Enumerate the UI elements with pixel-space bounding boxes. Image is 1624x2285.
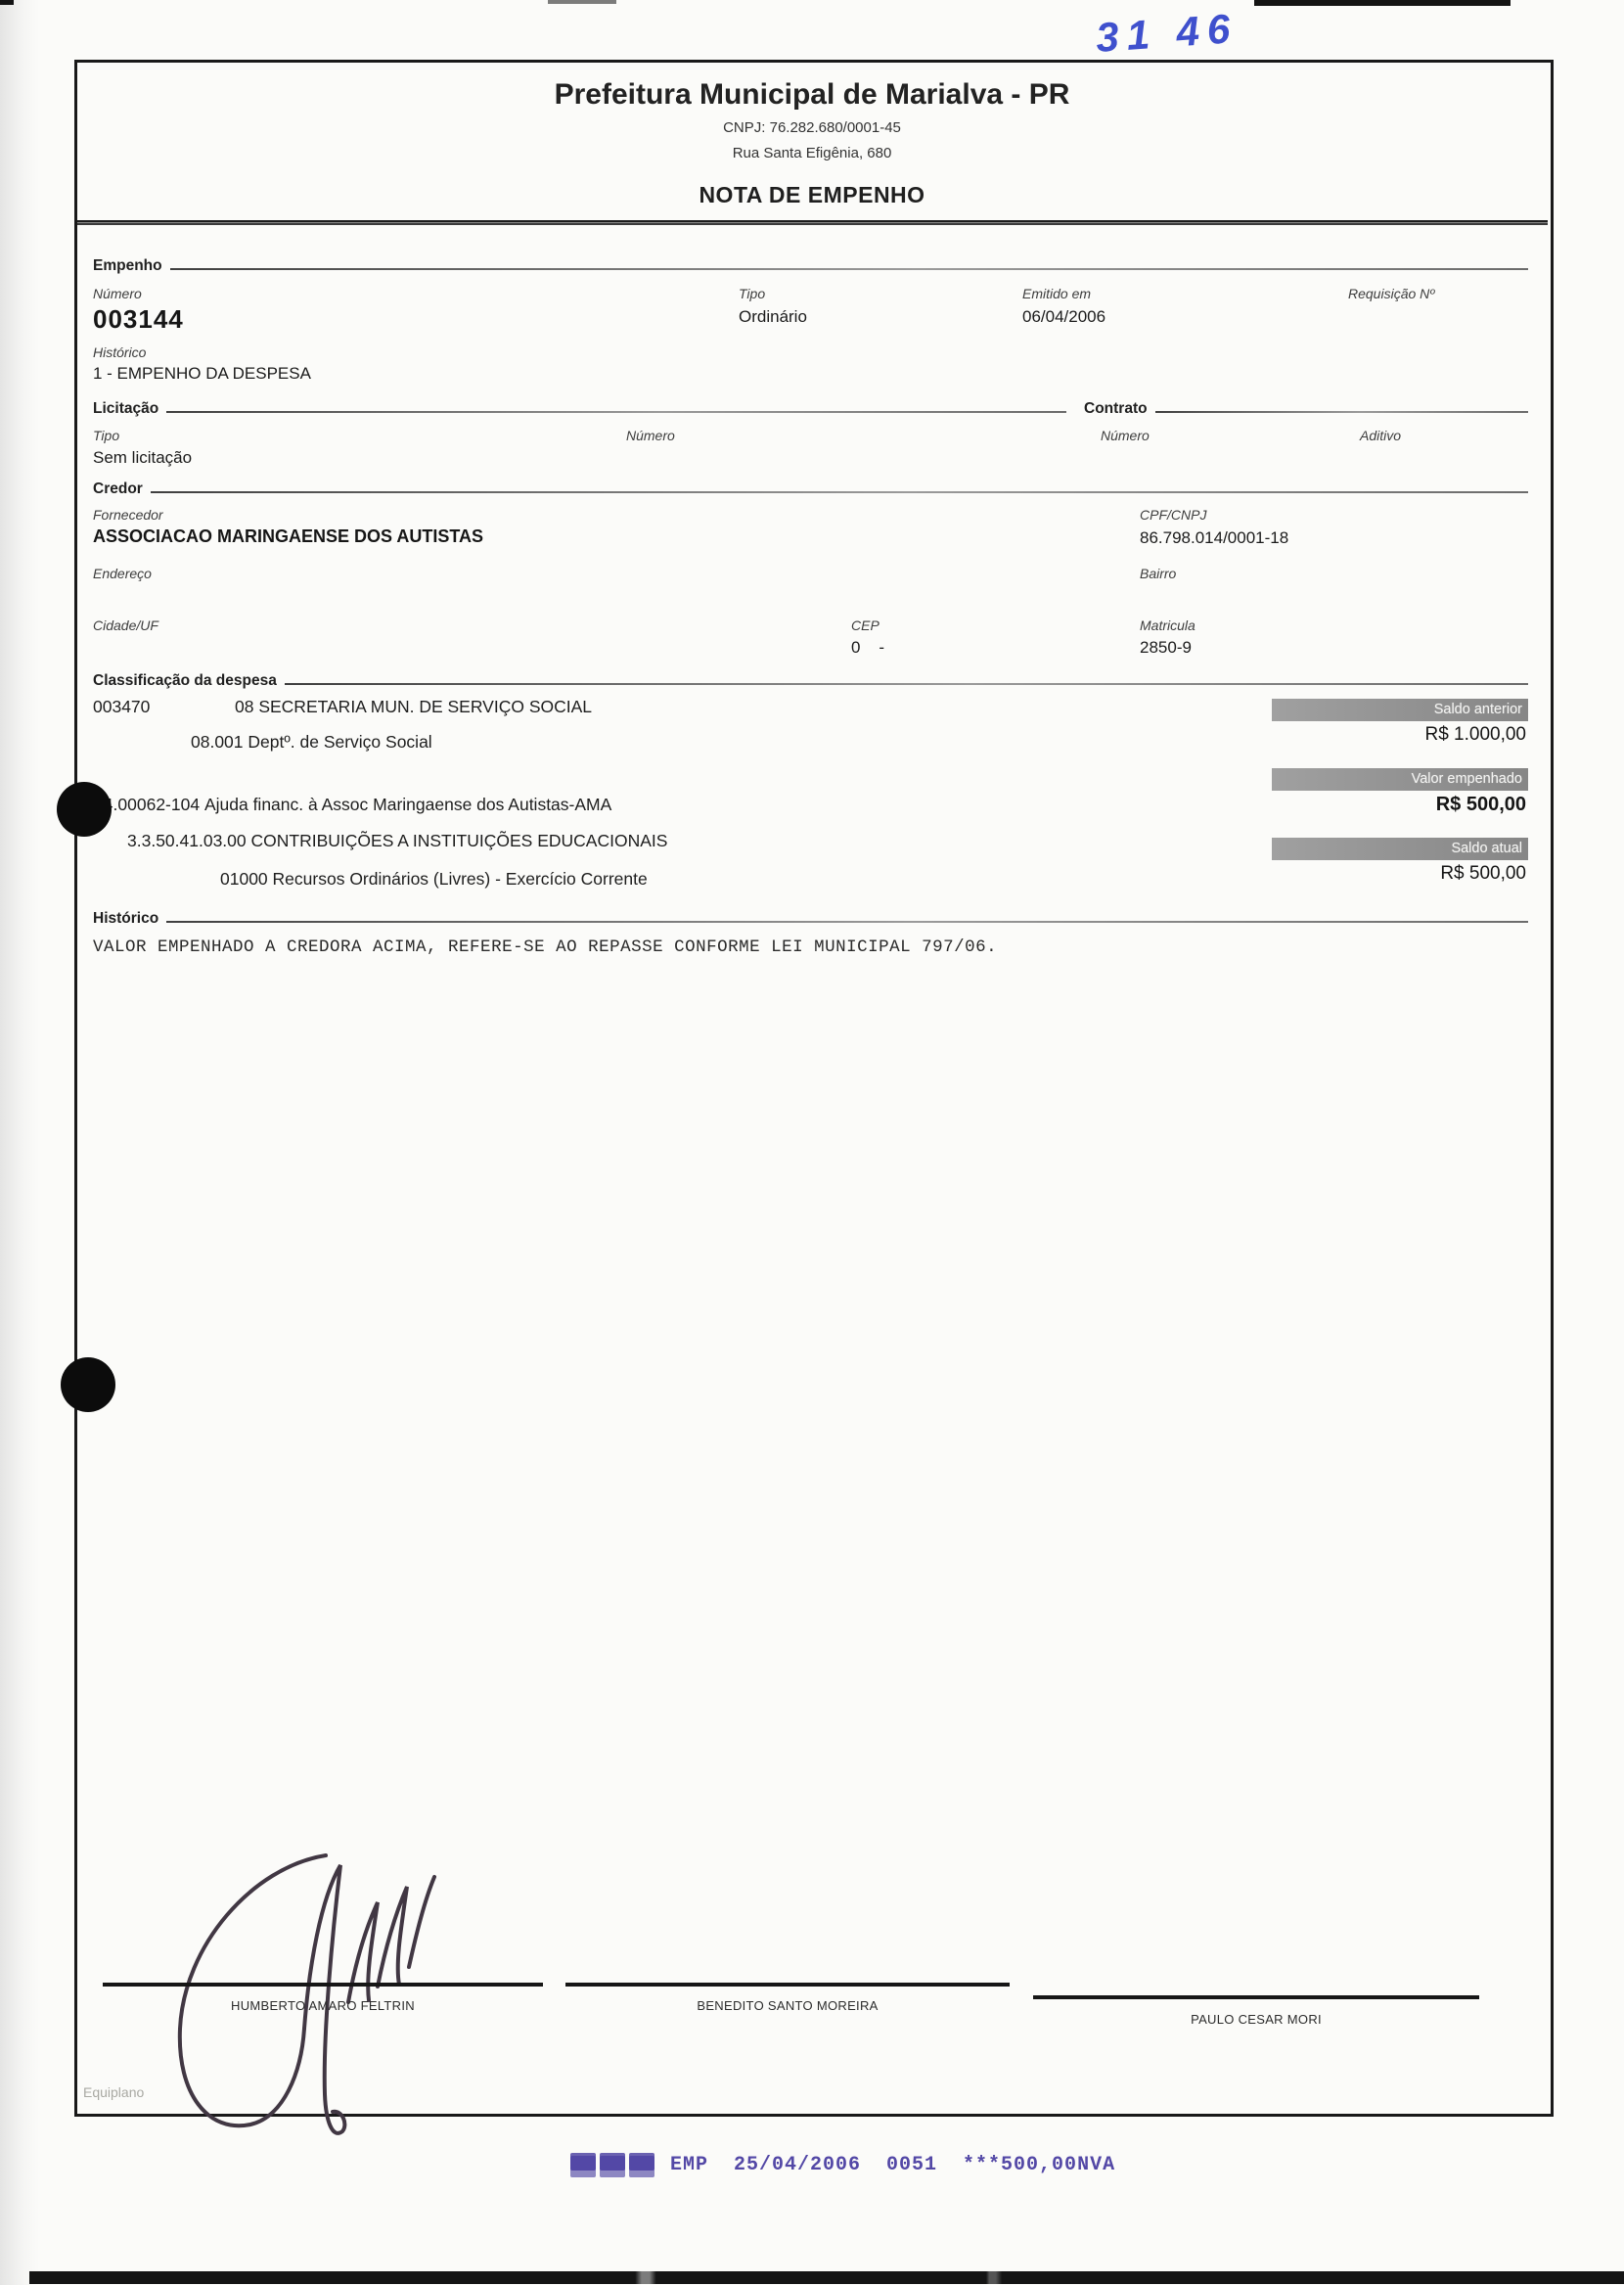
section-rule xyxy=(285,683,1528,685)
section-historico-label: Histórico xyxy=(93,910,158,928)
contrato-numero-label: Número xyxy=(1101,428,1150,443)
section-rule xyxy=(166,411,1066,413)
fornecedor-label: Fornecedor xyxy=(93,507,163,523)
tipo-label: Tipo xyxy=(739,286,765,301)
bairro-label: Bairro xyxy=(1140,566,1176,581)
empenho-historico-label: Histórico xyxy=(93,344,146,360)
cpf-cnpj-value: 86.798.014/0001-18 xyxy=(1140,528,1288,548)
scan-bottom-band xyxy=(29,2271,1624,2284)
emitido-label: Emitido em xyxy=(1022,286,1091,301)
empenho-historico: 1 - EMPENHO DA DESPESA xyxy=(93,364,311,384)
signature-name: PAULO CESAR MORI xyxy=(1033,2012,1479,2027)
classificacao-row: 08.001 Deptº. de Serviço Social xyxy=(191,732,432,753)
empenho-numero: 003144 xyxy=(93,304,184,335)
scanned-document: 31 46 Prefeitura Municipal de Marialva -… xyxy=(0,0,1624,2285)
section-credor: Credor xyxy=(93,480,1528,498)
scan-edge-shadow xyxy=(0,0,39,2285)
section-contrato-label: Contrato xyxy=(1084,400,1148,418)
section-empenho-label: Empenho xyxy=(93,257,162,275)
saldo-atual-value: R$ 500,00 xyxy=(1440,863,1526,885)
matricula-label: Matricula xyxy=(1140,617,1195,633)
section-licitacao-label: Licitação xyxy=(93,400,158,418)
document-title: NOTA DE EMPENHO xyxy=(78,182,1546,208)
valor-empenhado-bar: Valor empenhado xyxy=(1272,768,1528,791)
stamp-logo-icon xyxy=(570,2153,654,2177)
section-rule xyxy=(1155,411,1528,413)
classificacao-row: 08.244.00062-104 Ajuda financ. à Assoc M… xyxy=(61,795,611,815)
punch-hole xyxy=(61,1357,115,1412)
section-rule xyxy=(166,921,1528,923)
valor-empenhado-value: R$ 500,00 xyxy=(1436,794,1526,816)
stamp-text: EMP 25/04/2006 0051 ***500,00NVA xyxy=(670,2154,1115,2176)
org-cnpj: CNPJ: 76.282.680/0001-45 xyxy=(78,119,1546,136)
saldo-column: Saldo anterior R$ 1.000,00 Valor empenha… xyxy=(1272,699,1528,885)
section-licitacao: Licitação xyxy=(93,400,1066,418)
classificacao-row: 01000 Recursos Ordinários (Livres) - Exe… xyxy=(220,869,648,890)
classificacao-text: Ajuda financ. à Assoc Maringaense dos Au… xyxy=(204,795,611,814)
org-title: Prefeitura Municipal de Marialva - PR xyxy=(78,78,1546,112)
section-contrato: Contrato xyxy=(1084,400,1528,418)
cep-value: 0 - xyxy=(851,638,884,658)
header-divider xyxy=(77,220,1548,225)
cpf-cnpj-label: CPF/CNPJ xyxy=(1140,507,1206,523)
scan-artifact xyxy=(0,0,14,5)
classificacao-text: 08 SECRETARIA MUN. DE SERVIÇO SOCIAL xyxy=(235,697,592,716)
section-empenho: Empenho xyxy=(93,257,1528,275)
classificacao-code: 01000 xyxy=(220,869,268,889)
signature-line xyxy=(103,1983,543,1987)
saldo-anterior-bar: Saldo anterior xyxy=(1272,699,1528,721)
classificacao-code: 08.001 xyxy=(191,732,244,752)
signature-ink xyxy=(115,1838,438,2146)
signature-name: HUMBERTO AMARO FELTRIN xyxy=(103,1998,543,2013)
section-classificacao: Classificação da despesa xyxy=(93,672,1528,690)
validation-stamp: EMP 25/04/2006 0051 ***500,00NVA xyxy=(570,2153,1115,2177)
empenho-emitido: 06/04/2006 xyxy=(1022,307,1105,327)
licitacao-tipo-label: Tipo xyxy=(93,428,119,443)
numero-label: Número xyxy=(93,286,142,301)
saldo-anterior-value: R$ 1.000,00 xyxy=(1424,724,1526,746)
licitacao-numero-label: Número xyxy=(626,428,675,443)
software-watermark: Equiplano xyxy=(83,2084,144,2100)
punch-hole xyxy=(57,782,112,837)
endereco-label: Endereço xyxy=(93,566,152,581)
classificacao-code: 3.3.50.41.03.00 xyxy=(127,831,247,850)
org-address: Rua Santa Efigênia, 680 xyxy=(78,145,1546,161)
scan-artifact xyxy=(548,0,616,4)
fornecedor-name: ASSOCIACAO MARINGAENSE DOS AUTISTAS xyxy=(93,526,483,547)
section-historico: Histórico xyxy=(93,910,1528,928)
classificacao-text: Recursos Ordinários (Livres) - Exercício… xyxy=(273,869,648,889)
section-credor-label: Credor xyxy=(93,480,143,498)
section-classificacao-label: Classificação da despesa xyxy=(93,672,277,690)
section-rule xyxy=(170,268,1528,270)
empenho-tipo: Ordinário xyxy=(739,307,807,327)
signature-line xyxy=(1033,1995,1479,1999)
classificacao-row: 3.3.50.41.03.00 CONTRIBUIÇÕES A INSTITUI… xyxy=(127,831,667,851)
historico-text: VALOR EMPENHADO A CREDORA ACIMA, REFERE-… xyxy=(93,937,997,957)
signature-line xyxy=(565,1983,1010,1987)
matricula-value: 2850-9 xyxy=(1140,638,1192,658)
cidade-uf-label: Cidade/UF xyxy=(93,617,158,633)
classificacao-text: Deptº. de Serviço Social xyxy=(248,732,431,752)
cep-label: CEP xyxy=(851,617,880,633)
classificacao-row: 00347008 SECRETARIA MUN. DE SERVIÇO SOCI… xyxy=(93,697,592,717)
contrato-aditivo-label: Aditivo xyxy=(1360,428,1401,443)
classificacao-code: 003470 xyxy=(93,697,235,717)
handwritten-page-number: 31 46 xyxy=(1095,0,1352,62)
requisicao-label: Requisição Nº xyxy=(1348,286,1434,301)
section-rule xyxy=(151,491,1528,493)
licitacao-tipo: Sem licitação xyxy=(93,448,192,468)
signature-name: BENEDITO SANTO MOREIRA xyxy=(565,1998,1010,2013)
classificacao-text: CONTRIBUIÇÕES A INSTITUIÇÕES EDUCACIONAI… xyxy=(251,831,668,850)
saldo-atual-bar: Saldo atual xyxy=(1272,838,1528,860)
